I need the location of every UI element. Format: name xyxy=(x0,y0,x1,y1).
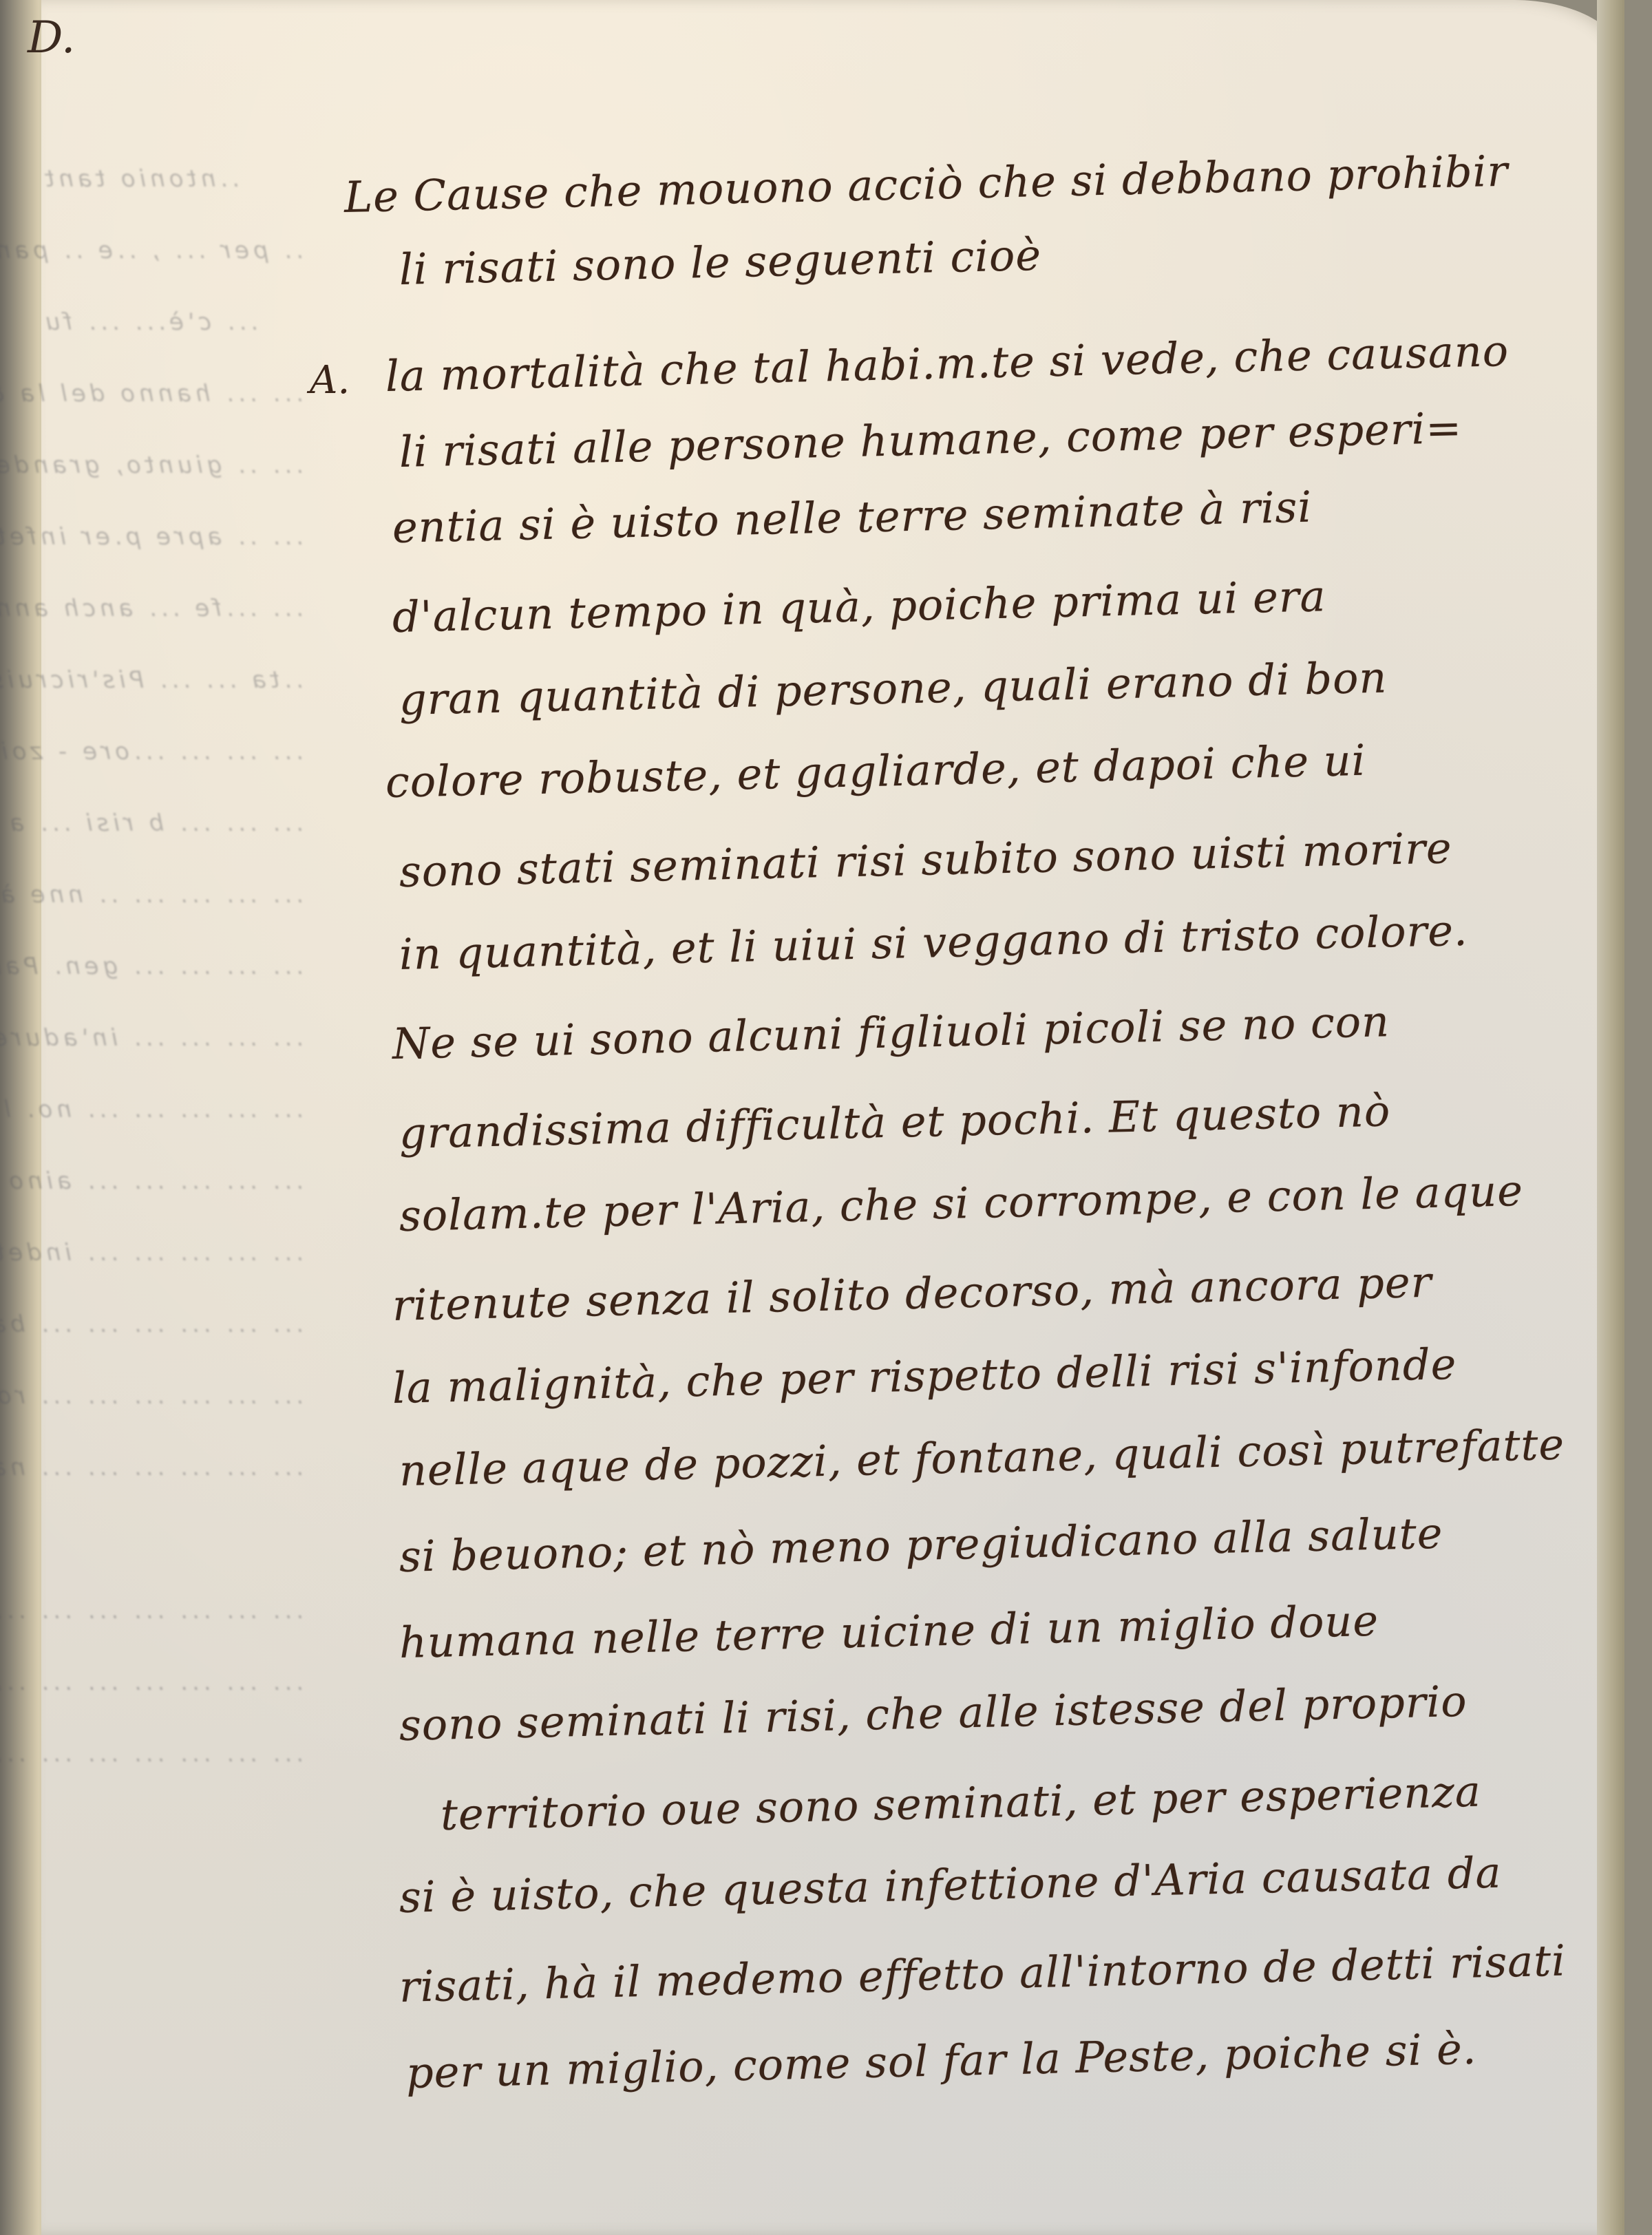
bleed-line: ... ... ... ... gen. Paradiso; xyxy=(41,953,303,1024)
bleed-line xyxy=(41,1525,303,1597)
bleed-line: ... ... ... ... ... ... ... ... hande xyxy=(41,1740,303,1812)
bleed-line: ... c'è... ... fu xyxy=(41,308,303,380)
bleed-line: ... ... ... ... .. nne à nel à xyxy=(41,881,303,953)
bleed-line: ... ... hanno del la & xyxy=(41,380,303,452)
bleed-line: ..ntonio tant xyxy=(41,165,303,237)
bleed-line: ... ... ... b risi ... a mezzo xyxy=(41,809,303,881)
bleed-line: ... ... ... ... ... aino di Ronvellé xyxy=(41,1167,303,1239)
margin-note: A. xyxy=(310,358,350,403)
bleed-line: ... ... ... ... ... ... rore à morfe xyxy=(41,1382,303,1454)
bleed-line: ... ... ... ... in'adure - à xyxy=(41,1024,303,1096)
bleed-line: ... ... ... ... ... indeti, Prai- xyxy=(41,1239,303,1311)
bleed-line: ... ...fe ... anch ann xyxy=(41,595,303,666)
bleed-through-text: ..ntonio tant .. per ... , ..e .. panant… xyxy=(41,165,303,1812)
bleed-line: ... ... ... ... ... no. l'aqua- xyxy=(41,1096,303,1167)
bleed-line: ..ta ... ... Pis'ricruise- xyxy=(41,666,303,738)
bleed-line: ... ... ... ...ore - zoio xyxy=(41,738,303,809)
bleed-line: .. per ... , ..e .. panant'e xyxy=(41,237,303,308)
folio-mark: D. xyxy=(28,12,75,63)
bleed-line: ... ... ... ... ... ... bande dì ann- xyxy=(41,1311,303,1382)
bleed-line: ... ... ... ... ... ... ... ... con mali… xyxy=(41,1669,303,1740)
bleed-line: ... ... ... ... ... ... na era xyxy=(41,1454,303,1525)
bleed-line: ... ... ... ... ... ... ... ... dalla xyxy=(41,1597,303,1669)
bleed-line: ... .. giunto, grande xyxy=(41,452,303,523)
bleed-line: ... .. apre p.er infetto- xyxy=(41,523,303,595)
page-edge xyxy=(1597,0,1624,2235)
